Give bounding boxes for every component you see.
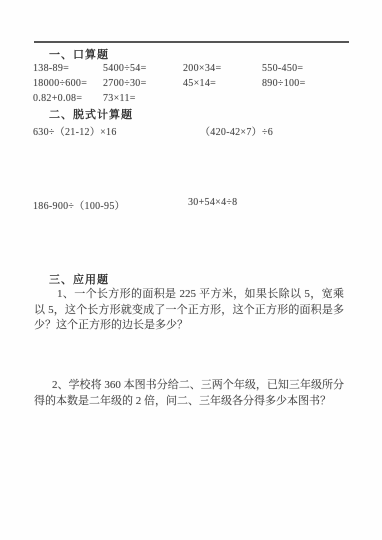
oral-problem: 138-89= <box>33 63 103 78</box>
section-title-oral-arithmetic: 一、口算题 <box>49 46 109 62</box>
oral-problem: 2700÷30= <box>103 78 183 93</box>
oral-problem: 550-450= <box>262 63 353 78</box>
stepwise-expression: 30+54×4÷8 <box>188 197 237 208</box>
stepwise-expression: 186-900÷（100-95） <box>33 197 125 212</box>
worksheet-page: 一、口算题 138-89= 5400÷54= 200×34= 550-450= … <box>0 0 382 540</box>
oral-problem: 18000÷600= <box>33 78 103 93</box>
word-problem-1: 1、一个长方形的面积是 225 平方米，如果长除以 5，宽乘以 5，这个长方形就… <box>34 287 344 334</box>
section-title-word-problems: 三、应用题 <box>49 271 109 287</box>
oral-problem: 200×34= <box>183 63 262 78</box>
top-rule-divider <box>34 41 349 43</box>
word-problem-2: 2、学校将 360 本图书分给二、三两个年级，已知三年级所分得的本数是二年级的 … <box>34 378 344 409</box>
oral-problems-grid: 138-89= 5400÷54= 200×34= 550-450= 18000÷… <box>33 63 353 108</box>
oral-problem: 5400÷54= <box>103 63 183 78</box>
section-title-stepwise-calculation: 二、脱式计算题 <box>49 106 133 122</box>
stepwise-expression: 630÷（21-12）×16 <box>33 123 117 138</box>
oral-problem: 45×14= <box>183 78 262 93</box>
oral-problem: 890÷100= <box>262 78 353 93</box>
stepwise-expression: （420-42×7）÷6 <box>200 123 273 138</box>
